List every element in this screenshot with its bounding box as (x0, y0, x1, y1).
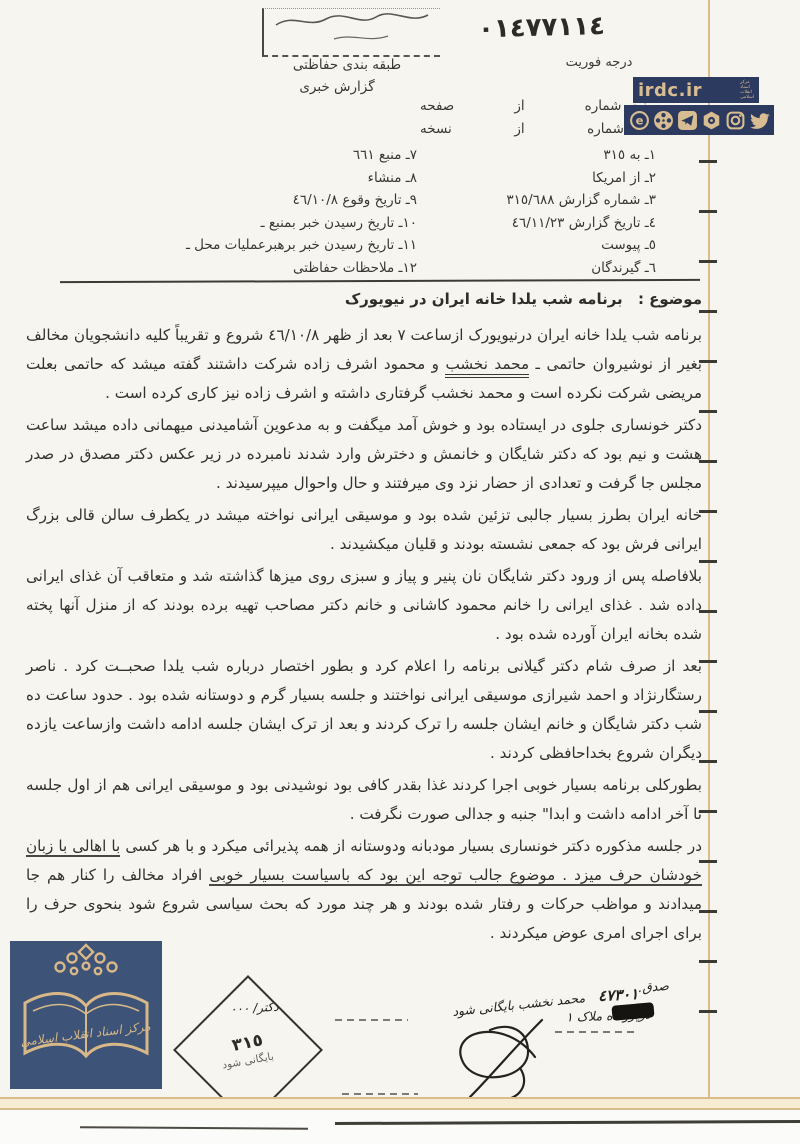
form-item-source-receipt-date: ١٠ـ تاریخ رسیدن خبر بمنبع ـ (55, 212, 417, 235)
form-item-ops-receipt-date: ١١ـ تاریخ رسیدن خبر برهبرعملیات محل ـ (55, 234, 417, 257)
twitter-icon (749, 110, 770, 131)
form-item-occurrence-date: ٩ـ تاریخ وقوع ٤٦/١٠/٨ (55, 189, 417, 212)
paper-edge-band (0, 1097, 800, 1110)
form-column-right: ١ـ به ٣١٥ ٢ـ از امریکا ٣ـ شماره گزارش ٣١… (398, 144, 656, 280)
registration-number: ٠١٤٧٧١١٤ (478, 10, 654, 45)
social-icons-bar: e (624, 105, 774, 135)
form-column-left: ٧ـ منبع ٦٦١ ٨ـ منشاء ٩ـ تاریخ وقوع ٤٦/١٠… (55, 144, 417, 280)
irdc-url-text: irdc.ir (638, 80, 702, 101)
paragraph-3: خانه ایران بطرز بسیار جالبی تزئین شده بو… (26, 501, 702, 559)
paragraph-7: در جلسه مذکوره دکتر خونساری بسیار مودبان… (26, 832, 702, 948)
handwriting-scribble-icon (264, 9, 436, 51)
classification-label: طبقه بندی حفاظتی (264, 57, 430, 73)
logo-crest-icon (56, 945, 117, 974)
aparat-icon (653, 110, 674, 131)
paragraph-6: بطورکلی برنامه بسیار خوبی اجرا کردند غذا… (26, 771, 702, 829)
copy-count-left: نسخه (420, 121, 452, 137)
instagram-icon (725, 110, 746, 131)
form-item-from: ٢ـ از امریکا (398, 167, 656, 190)
logo-book-icon: مرکز اسناد انقلاب اسلامی (10, 941, 162, 1089)
subject-text: برنامه شب یلدا خانه ایران در نیویورک (345, 290, 623, 308)
stamp-archive-text: بایگانی شود (221, 1051, 274, 1072)
svg-text:e: e (635, 113, 643, 127)
paragraph-5: بعد از صرف شام دکتر گیلانی برنامه را اعل… (26, 652, 702, 768)
form-item-attachment: ٥ـ پیوست (398, 234, 656, 257)
page-count-middle: از (514, 98, 524, 114)
underlined-name: محمد نخشب (445, 355, 529, 378)
form-item-report-number: ٣ـ شماره گزارش ٣١٥/٦٨٨ (398, 189, 656, 212)
copy-count-middle: از (514, 121, 524, 137)
paragraph-2: دکتر خونساری جلوی در ایستاده بود و خوش آ… (26, 411, 702, 498)
form-item-origin: ٨ـ منشاء (55, 167, 417, 190)
handwritten-note-sedgh: صدق. (638, 978, 670, 995)
urgency-label: درجه فوریت (550, 55, 648, 70)
subject-line: موضوع : برنامه شب یلدا خانه ایران در نیو… (290, 290, 702, 308)
form-item-source: ٧ـ منبع ٦٦١ (55, 144, 417, 167)
form-item-to: ١ـ به ٣١٥ (398, 144, 656, 167)
form-item-report-date: ٤ـ تاریخ گزارش ٤٦/١١/٢٣ (398, 212, 656, 235)
paragraph-4: بلافاصله پس از ورود دکتر شایگان نان پنیر… (26, 562, 702, 649)
bale-icon (701, 110, 722, 131)
form-item-security-remarks: ١٢ـ ملاحظات حفاظتی (55, 257, 417, 280)
form-item-recipients: ٦ـ گیرندگان (398, 257, 656, 280)
irdc-watermark-bar: irdc.ir مرکز اسناد انقلاب اسلامی (633, 77, 759, 103)
telegram-icon (677, 110, 698, 131)
report-body: برنامه شب یلدا خانه ایران درنیویورک ازسا… (26, 321, 702, 951)
paragraph-1: برنامه شب یلدا خانه ایران درنیویورک ازسا… (26, 321, 702, 408)
page-count-left: صفحه (420, 98, 454, 114)
eitaa-icon: e (629, 110, 650, 131)
classification-stamp-box (262, 8, 440, 57)
subject-label: موضوع : (638, 290, 702, 308)
report-type-label: گزارش خبری (276, 79, 398, 95)
archive-center-logo: مرکز اسناد انقلاب اسلامی (10, 941, 162, 1089)
scanned-document-page: ٠١٤٧٧١١٤ طبقه بندی حفاظتی گزارش خبری درج… (0, 0, 800, 1144)
irdc-mini-logo: مرکز اسناد انقلاب اسلامی (740, 80, 754, 100)
